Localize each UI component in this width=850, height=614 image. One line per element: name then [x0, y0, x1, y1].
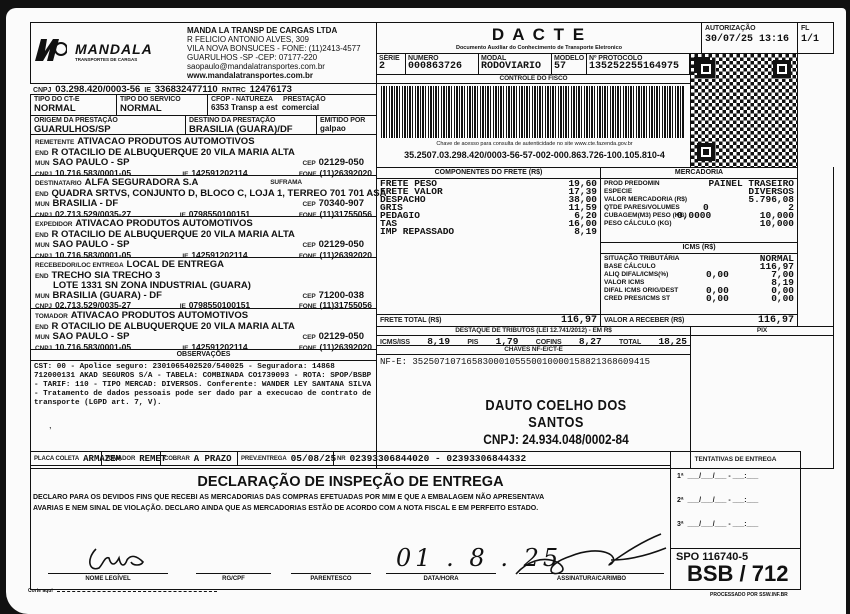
expedidor-cep: 02129-050 — [319, 239, 364, 250]
tomador-block: TOMADORATIVACAO PRODUTOS AUTOMOTIVOS END… — [30, 308, 377, 350]
tipo-cte-cell: TIPO DO CT-E NORMAL — [30, 94, 117, 116]
componente-row: DESPACHO38,00 — [380, 196, 597, 204]
peso-calculo-value: 10,000 — [760, 220, 794, 228]
cobrar-cell: COBRAR A PRAZO — [160, 451, 238, 466]
cfop-cell: CFOP - NATUREZA PRESTAÇÃO 6353 Transp a … — [207, 94, 377, 116]
cfop-value: 6353 Transp a est — [211, 103, 278, 112]
emitido-value: galpao — [320, 124, 373, 133]
dest-code: BSB / 712 — [687, 561, 800, 587]
issuer-address: R FELICIO ANTONIO ALVES, 309 — [187, 35, 361, 44]
issuer-city-cep: GUARULHOS -SP -CEP: 07177-220 — [187, 53, 361, 62]
tipo-servico-cell: TIPO DO SERVICO NORMAL — [116, 94, 208, 116]
expedidor-name: ATIVACAO PRODUTOS AUTOMOTIVOS — [75, 218, 252, 229]
tipo-cte-value: NORMAL — [34, 103, 113, 114]
componentes-list: FRETE PESO19,60 FRETE VALOR17,39 DESPACH… — [377, 179, 600, 237]
stamp-name: DAUTO COELHO DOS SANTOS — [457, 397, 655, 431]
parentesco-label: PARENTESCO — [291, 576, 371, 582]
nr-cell: NR 02393306844020 - 02393306844332 — [333, 451, 671, 466]
remetente-block: REMETENTEATIVACAO PRODUTOS AUTOMOTIVOS E… — [30, 134, 377, 176]
tentativas-title: TENTATIVAS DE ENTREGA — [671, 456, 800, 463]
tomador-end: R OTACILIO DE ALBUQUERQUE 20 VILA MARIA … — [51, 321, 294, 332]
destinatario-block: DESTINATARIOALFA SEGURADORA S.ASUFRAMA E… — [30, 175, 377, 217]
aliq-difal-value: 0,00 — [706, 271, 729, 279]
fl-cell: FL 1/1 — [797, 22, 834, 54]
mark-icon: , — [49, 420, 52, 430]
tributos-title: DESTAQUE DE TRIBUTOS (Lei 12.741/2012) -… — [377, 327, 690, 336]
modelo-cell: MODELO 57 — [551, 53, 587, 75]
issuer-name: MANDA LA TRANSP DE CARGAS LTDA — [187, 26, 361, 35]
recebedor-cep: 71200-038 — [319, 290, 364, 301]
issuer-email: saopaulo@mandalatransportes.com.br — [187, 62, 361, 71]
chave-hint: Chave de acesso para consulta de autenti… — [377, 141, 692, 147]
chaves-title: CHAVES NF-E/CT-E — [377, 346, 690, 355]
recebedor-mun: BRASILIA (GUARA) - DF — [53, 290, 162, 301]
dacte-title: D A C T E — [377, 25, 701, 45]
tentativa-1[interactable]: 1ª___/___/___ - ___:___ — [677, 473, 800, 480]
observacoes-text: CST: 00 - Apolice seguro: 2301065402520/… — [31, 361, 376, 410]
numero-cell: NUMERO 000863726 — [405, 53, 479, 75]
valor-mercadoria-value: 5.796,08 — [748, 196, 794, 204]
componente-row: IMP REPASSADO8,19 — [380, 228, 597, 236]
qr-finder-icon — [773, 60, 791, 78]
tributo-total-value: 18,25 — [658, 336, 687, 347]
autorizacao-cell: AUTORIZAÇÃO 30/07/25 13:16 — [701, 22, 798, 54]
receiver-stamp: DAUTO COELHO DOS SANTOS CNPJ: 24.934.048… — [457, 397, 655, 447]
tomador-cep: 02129-050 — [319, 331, 364, 342]
recebedor-end: TRECHO SIA TRECHO 3 — [51, 270, 160, 281]
chave-nfe[interactable]: NF-E: 3525071071658300010555001000015882… — [377, 355, 690, 369]
declaracao-title: DECLARAÇÃO DE INSPEÇÃO DE ENTREGA — [31, 474, 670, 490]
tentativas-box: TENTATIVAS DE ENTREGA 1ª___/___/___ - __… — [670, 451, 801, 549]
issuer-box: MANDALA TRANSPORTES DE CARGAS MANDA LA T… — [30, 22, 377, 84]
mandala-logo-icon — [35, 37, 63, 61]
tomador-mun: SAO PAULO - SP — [53, 331, 130, 342]
tipo-servico-value: NORMAL — [120, 103, 204, 114]
placa-cell: PLACA COLETA ARMAZEM — [30, 451, 102, 466]
fl-value: 1/1 — [801, 34, 830, 45]
prev-entrega-cell: PREV.ENTREGA 05/08/25 — [237, 451, 334, 466]
controle-fisco-title: CONTROLE DO FISCO — [377, 75, 690, 84]
expedidor-block: EXPEDIDORATIVACAO PRODUTOS AUTOMOTIVOS E… — [30, 216, 377, 258]
modelo-value: 57 — [554, 62, 584, 71]
origem-cell: ORIGEM DA PRESTAÇÃO GUARULHOS/SP — [30, 115, 186, 135]
destinatario-name: ALFA SEGURADORA S.A — [85, 177, 199, 188]
signature-nome-icon — [81, 544, 171, 574]
numero-value: 000863726 — [408, 62, 476, 71]
controle-fisco-box: CONTROLE DO FISCO Chave de acesso para c… — [376, 74, 691, 168]
right-margin — [797, 167, 834, 327]
remetente-cep: 02129-050 — [319, 157, 364, 168]
dacte-subtitle: Documento Auxiliar do Conhecimento de Tr… — [377, 45, 701, 51]
recebedor-name: LOCAL DE ENTREGA — [127, 259, 224, 270]
route-box: SPO 116740-5 BSB / 712 — [670, 548, 801, 590]
serie-cell: SÉRIE 2 — [376, 53, 406, 75]
cubagem-value: 0,0000 — [677, 212, 711, 220]
protocolo-value: 135252255164975 — [589, 62, 687, 71]
issuer-details: MANDA LA TRANSP DE CARGAS LTDA R FELICIO… — [187, 26, 361, 80]
modal-value: RODOVIARIO — [481, 62, 549, 71]
observacoes-title: OBSERVAÇÕES — [31, 350, 376, 361]
issuer-website: www.mandalatransportes.com.br — [187, 71, 361, 80]
stamp-cnpj: CNPJ: 24.934.048/0002-84 — [457, 431, 655, 447]
tributo-cofins-value: 8,27 — [579, 336, 602, 347]
icms-box: ICMS (R$) SITUAÇÃO TRIBUTÁRIANORMAL BASE… — [600, 242, 798, 315]
assinatura-label: ASSINATURA/CARIMBO — [519, 576, 664, 582]
modal-cell: MODAL RODOVIARIO — [478, 53, 552, 75]
corte-line: Corte aqui — [28, 588, 217, 594]
pix-title: PIX — [691, 327, 833, 336]
rg-cpf-label: RG/CPF — [196, 576, 271, 582]
valor-receber-value: 116,97 — [758, 315, 794, 326]
frete-total-value: 116,97 — [561, 315, 597, 326]
tomador-name: ATIVACAO PRODUTOS AUTOMOTIVOS — [71, 310, 248, 321]
dashed-cut-line — [57, 591, 217, 592]
remetente-mun: SAO PAULO - SP — [53, 157, 130, 168]
tomador-footer-cell: TOMADOR REMET — [101, 451, 161, 466]
brand-name: MANDALA — [75, 41, 153, 57]
chave-acesso[interactable]: 35.2507.03.298.420/0003-56-57-002-000.86… — [377, 150, 692, 160]
componente-row: PEDAGIO6,20 — [380, 212, 597, 220]
data-hora-label: DATA/HORA — [386, 576, 496, 582]
emitido-cell: EMITIDO POR galpao — [316, 115, 377, 135]
remetente-end: R OTACILIO DE ALBUQUERQUE 20 VILA MARIA … — [51, 147, 294, 158]
protocolo-cell: Nº PROTOCOLO 135252255164975 — [586, 53, 690, 75]
qr-code[interactable] — [690, 53, 798, 168]
mercadoria-box: MERCADORIA PROD PREDOMINPAINEL TRASEIRO … — [600, 167, 798, 243]
expedidor-mun: SAO PAULO - SP — [53, 239, 130, 250]
qr-finder-icon — [697, 60, 715, 78]
tentativa-3[interactable]: 3ª___/___/___ - ___:___ — [677, 521, 800, 528]
barcode — [381, 86, 684, 138]
expedidor-end: R OTACILIO DE ALBUQUERQUE 20 VILA MARIA … — [51, 229, 294, 240]
brand-subtitle: TRANSPORTES DE CARGAS — [75, 57, 137, 62]
icms-st-value: 0,00 — [771, 295, 794, 303]
prestacao-value: comercial — [282, 103, 319, 112]
serie-value: 2 — [379, 62, 403, 71]
componentes-box: COMPONENTES DO FRETE (R$) FRETE PESO19,6… — [376, 167, 601, 315]
prev-entrega-value: 05/08/25 — [291, 453, 337, 464]
declaracao-text: DECLARO PARA OS DEVIDOS FINS QUE RECEBI … — [31, 490, 670, 516]
recebedor-block: RECEBEDOR/LOC ENTREGALOCAL DE ENTREGA EN… — [30, 257, 377, 309]
processed-by: PROCESSADO POR SSW.INF.BR — [710, 592, 788, 598]
tentativa-2[interactable]: 2ª___/___/___ - ___:___ — [677, 497, 800, 504]
destinatario-end: QUADRA SRTVS, CONJUNTO D, BLOCO C, LOJA … — [51, 188, 386, 199]
issuer-district-phone: VILA NOVA BONSUCES - FONE: (11)2413-4577 — [187, 44, 361, 53]
cred-pres-value: 0,00 — [706, 295, 729, 303]
pix-box: PIX — [690, 326, 834, 469]
nome-legivel-label: NOME LEGÍVEL — [48, 576, 168, 582]
tributos-row: ICMS/ISS 8,19 PIS 1,79 COFINS 8,27 TOTAL… — [377, 336, 690, 346]
destino-cell: DESTINO DA PRESTAÇÃO BRASILIA (GUARA)/DF — [185, 115, 317, 135]
declaracao-box: DECLARAÇÃO DE INSPEÇÃO DE ENTREGA DECLAR… — [30, 465, 671, 590]
remetente-name: ATIVACAO PRODUTOS AUTOMOTIVOS — [77, 136, 254, 147]
tributo-icms-value: 8,19 — [427, 336, 450, 347]
qr-finder-icon — [697, 143, 715, 161]
cobrar-value: A PRAZO — [194, 454, 232, 464]
dacte-title-box: D A C T E Documento Auxiliar do Conhecim… — [376, 22, 702, 54]
tributos-box: DESTAQUE DE TRIBUTOS (Lei 12.741/2012) -… — [376, 326, 691, 469]
autorizacao-value: 30/07/25 13:16 — [705, 34, 794, 45]
nr-value: 02393306844020 - 02393306844332 — [349, 453, 526, 464]
destinatario-cep: 70340-907 — [319, 198, 364, 209]
destinatario-mun: BRASILIA - DF — [53, 198, 119, 209]
